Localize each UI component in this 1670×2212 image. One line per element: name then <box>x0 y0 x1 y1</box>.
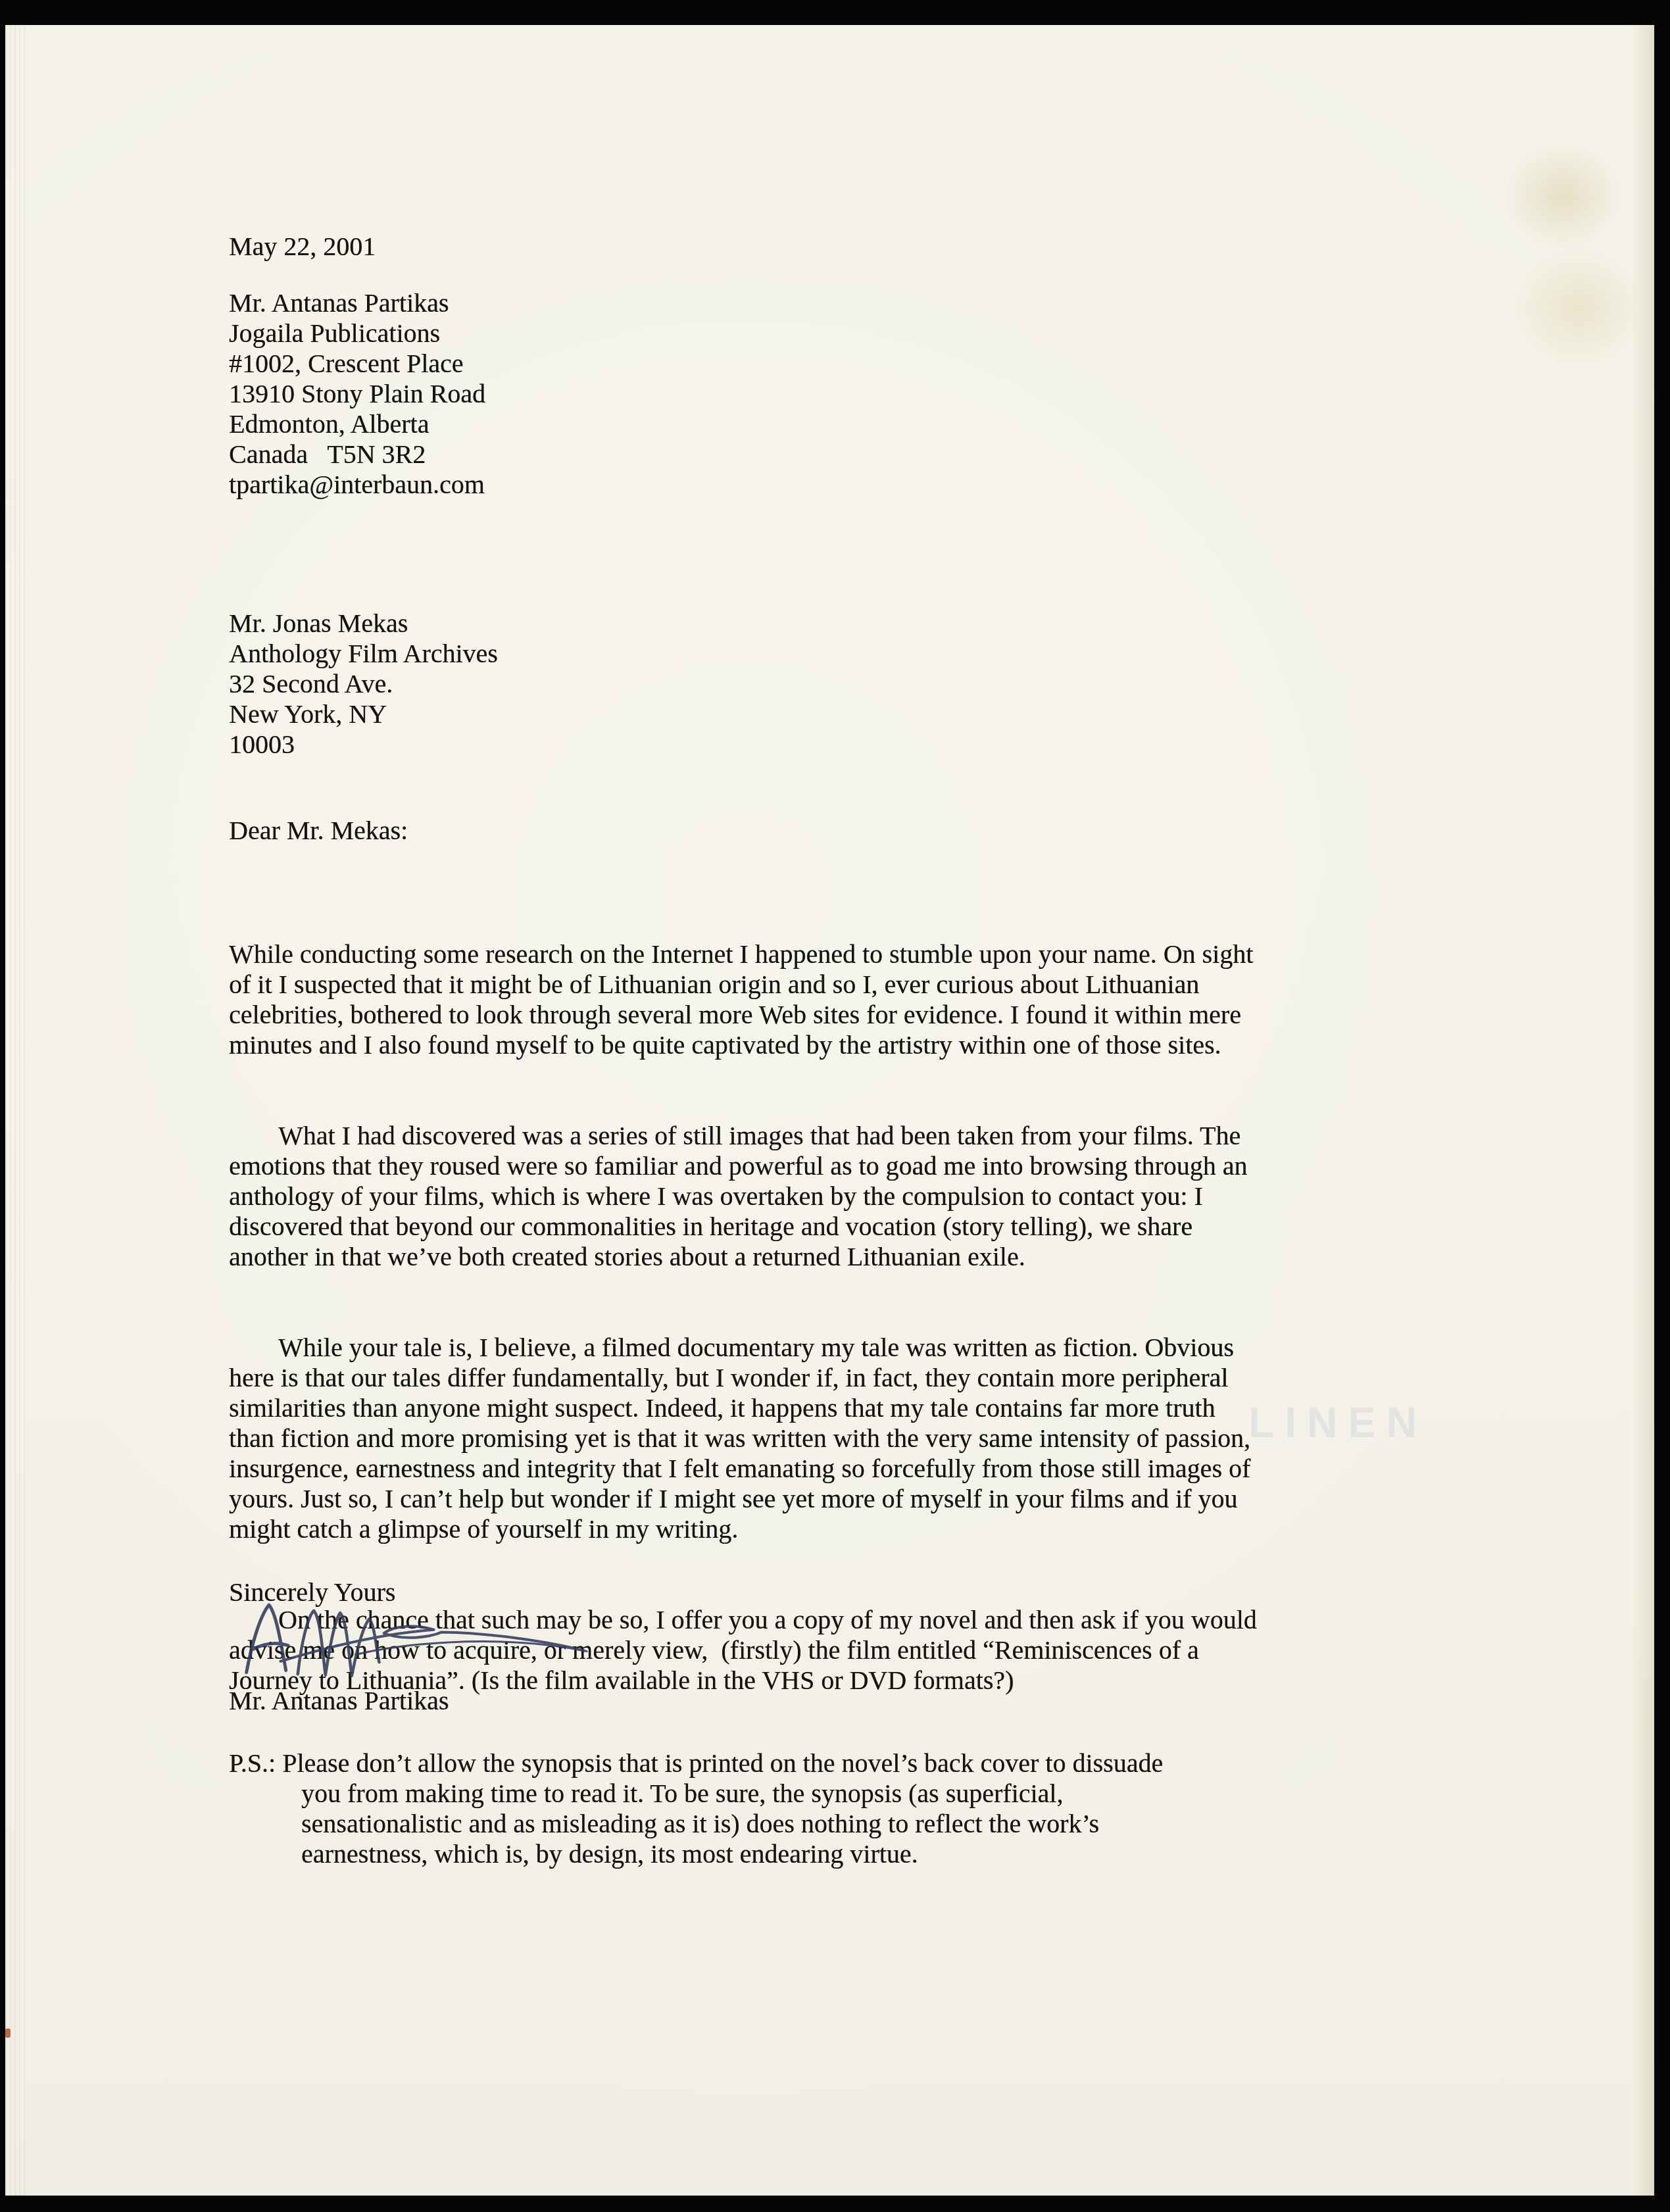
signature-underline-stroke <box>355 1640 587 1656</box>
sender-address-line: Jogaila Publications <box>229 318 1465 349</box>
signature-initial-stroke <box>245 1605 289 1673</box>
signature-surname-stroke <box>297 1610 380 1677</box>
sender-address-line: Edmonton, Alberta <box>229 409 1465 439</box>
letter-paper: LINEN May 22, 2001 Mr. Antanas PartikasJ… <box>5 25 1654 2196</box>
recipient-address-line: New York, NY <box>229 699 1465 729</box>
paragraph-3: While your tale is, I believe, a filmed … <box>229 1333 1465 1544</box>
recipient-address-line: 32 Second Ave. <box>229 669 1465 699</box>
sender-address-line: tpartika@interbaun.com <box>229 470 1465 500</box>
signature-image <box>236 1590 606 1698</box>
sender-address-line: #1002, Crescent Place <box>229 349 1465 379</box>
recipient-address-line: Anthology Film Archives <box>229 639 1465 669</box>
paragraph-2: What I had discovered was a series of st… <box>229 1121 1465 1272</box>
sender-address-line: Canada T5N 3R2 <box>229 439 1465 470</box>
paper-stain-top-right-lower <box>1483 222 1670 393</box>
scanned-letter-page: LINEN May 22, 2001 Mr. Antanas PartikasJ… <box>0 0 1670 2212</box>
salutation-line: Dear Mr. Mekas: <box>229 816 1465 846</box>
sender-name-line: Mr. Antanas Partikas <box>229 1686 1465 1716</box>
paper-red-speck <box>5 2028 11 2038</box>
date-line: May 22, 2001 <box>229 232 1465 262</box>
recipient-address-line: Mr. Jonas Mekas <box>229 608 1465 639</box>
sender-address-line: 13910 Stony Plain Road <box>229 379 1465 409</box>
sender-address-block: Mr. Antanas PartikasJogaila Publications… <box>229 288 1465 500</box>
paragraph-1: While conducting some research on the In… <box>229 939 1465 1060</box>
signature-flourish-stroke <box>280 1623 585 1661</box>
postscript-block: P.S.: Please don’t allow the synopsis th… <box>229 1748 1465 1869</box>
recipient-address-line: 10003 <box>229 729 1465 760</box>
sender-address-line: Mr. Antanas Partikas <box>229 288 1465 318</box>
paper-left-edge-texture <box>5 25 25 2196</box>
recipient-address-block: Mr. Jonas MekasAnthology Film Archives32… <box>229 608 1465 760</box>
